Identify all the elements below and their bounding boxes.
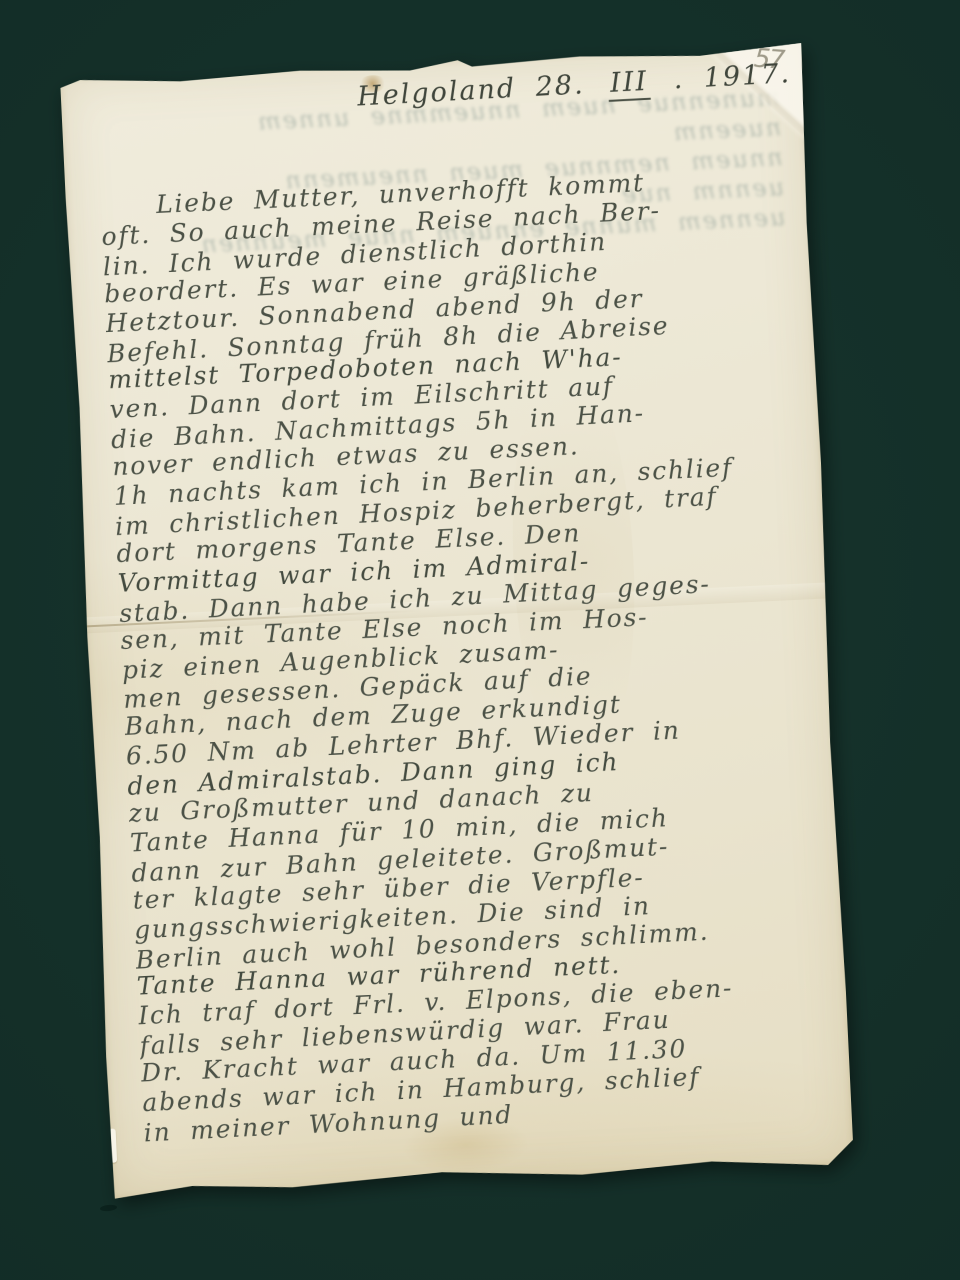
scan-table-surface: munennue nuem nnuemmne unnem nueenmnnuem…	[0, 0, 960, 1280]
torn-edge-chip	[109, 1129, 118, 1163]
dateline-month-roman: III	[607, 66, 651, 102]
scan-background: { "scan": { "background_color": "#122c26…	[0, 0, 960, 1280]
letter-page: munennue nuem nnuemmne unnem nueenmnnuem…	[60, 43, 854, 1199]
letter-body: Liebe Mutter, unverhofft kommtoft. So au…	[100, 161, 855, 1147]
background-speck	[100, 1204, 118, 1212]
dateline-year: . 1917.	[673, 58, 792, 95]
letter-page-wrapper: munennue nuem nnuemmne unnem nueenmnnuem…	[60, 43, 854, 1199]
